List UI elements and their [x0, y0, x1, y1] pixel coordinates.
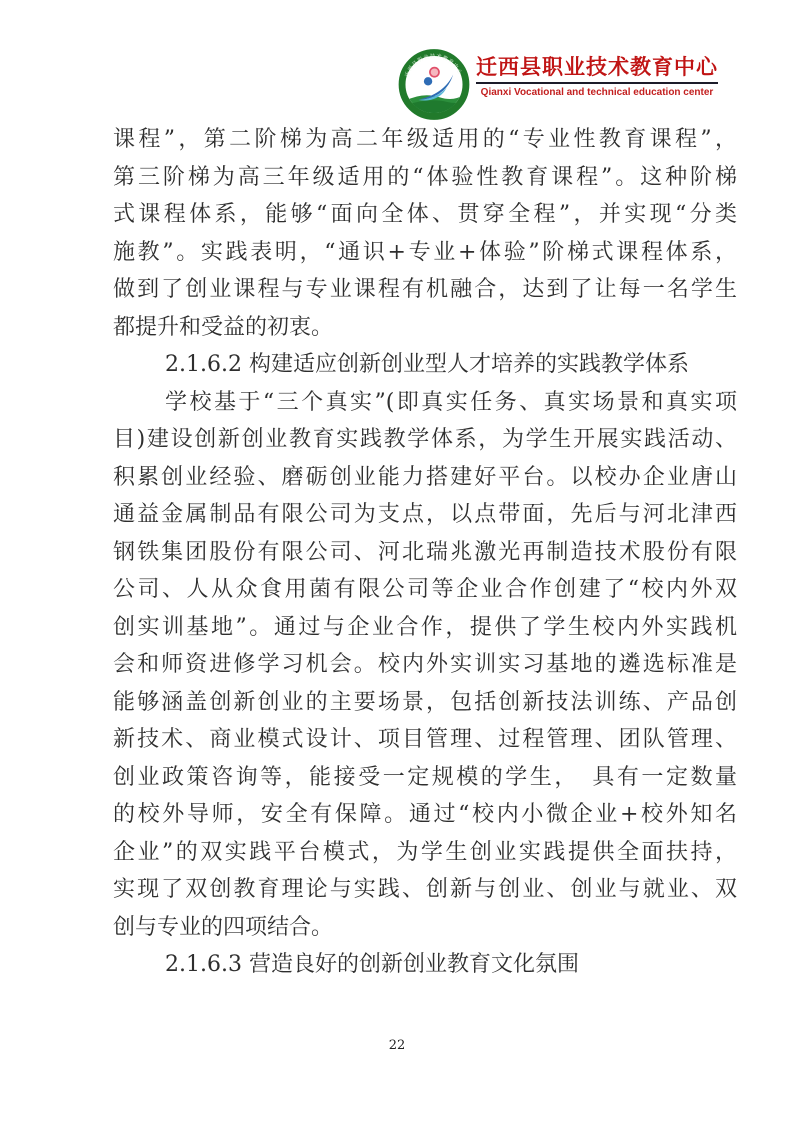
text-line: 钢铁集团股份有限公司、河北瑞兆激光再制造技术股份有限 — [113, 534, 737, 572]
header-divider — [476, 82, 718, 84]
text-line: 的校外导师，安全有保障。通过“校内小微企业+校外知名 — [113, 796, 737, 834]
page-footer: 22 — [0, 1038, 794, 1053]
text-line: 能够涵盖创新创业的主要场景，包括创新技法训练、产品创 — [113, 684, 737, 722]
text-line: 通益金属制品有限公司为支点，以点带面，先后与河北津西 — [113, 496, 737, 534]
page-number: 22 — [389, 1038, 406, 1053]
document-body: 课程”，第二阶梯为高二年级适用的“专业性教育课程”，第三阶梯为高三年级适用的“体… — [113, 121, 737, 984]
header-title-chinese: 迁西县职业技术教育中心 — [476, 55, 718, 79]
text-line: 创实训基地”。通过与企业合作，提供了学生校内外实践机 — [113, 609, 737, 647]
header-title-english: Qianxi Vocational and technical educatio… — [476, 87, 718, 99]
text-line: 目)建设创新创业教育实践教学体系，为学生开展实践活动、 — [113, 421, 737, 459]
text-line: 公司、人从众食用菌有限公司等企业合作创建了“校内外双 — [113, 571, 737, 609]
page-header: 迁西县职业技术教育中心 迁西县职业技术教育中心 Qianxi Vocationa… — [396, 48, 718, 121]
document-page: 迁西县职业技术教育中心 迁西县职业技术教育中心 Qianxi Vocationa… — [0, 0, 794, 1123]
text-line: 实现了双创教育理论与实践、创新与创业、创业与就业、双 — [113, 871, 737, 909]
text-line: 施教”。实践表明，“通识+专业+体验”阶梯式课程体系， — [113, 234, 737, 272]
text-line: 课程”，第二阶梯为高二年级适用的“专业性教育课程”， — [113, 121, 737, 159]
text-line: 做到了创业课程与专业课程有机融合，达到了让每一名学生 — [113, 271, 737, 309]
text-line: 会和师资进修学习机会。校内外实训实习基地的遴选标准是 — [113, 646, 737, 684]
text-line: 2.1.6.2 构建适应创新创业型人才培养的实践教学体系 — [113, 346, 737, 384]
text-line: 创业政策咨询等，能接受一定规模的学生， 具有一定数量 — [113, 759, 737, 797]
text-line: 新技术、商业模式设计、项目管理、过程管理、团队管理、 — [113, 721, 737, 759]
text-line: 第三阶梯为高三年级适用的“体验性教育课程”。这种阶梯 — [113, 159, 737, 197]
text-line: 学校基于“三个真实”(即真实任务、真实场景和真实项 — [113, 384, 737, 422]
text-line: 积累创业经验、磨砺创业能力搭建好平台。以校办企业唐山 — [113, 459, 737, 497]
text-line: 企业”的双实践平台模式，为学生创业实践提供全面扶持， — [113, 834, 737, 872]
text-line: 2.1.6.3 营造良好的创新创业教育文化氛围 — [113, 946, 737, 984]
logo-sun-icon — [430, 68, 439, 77]
text-line: 都提升和受益的初衷。 — [113, 309, 737, 347]
text-line: 式课程体系，能够“面向全体、贯穿全程”，并实现“分类 — [113, 196, 737, 234]
school-logo-icon: 迁西县职业技术教育中心 — [396, 48, 472, 121]
header-title-block: 迁西县职业技术教育中心 Qianxi Vocational and techni… — [476, 48, 718, 99]
text-line: 创与专业的四项结合。 — [113, 909, 737, 947]
